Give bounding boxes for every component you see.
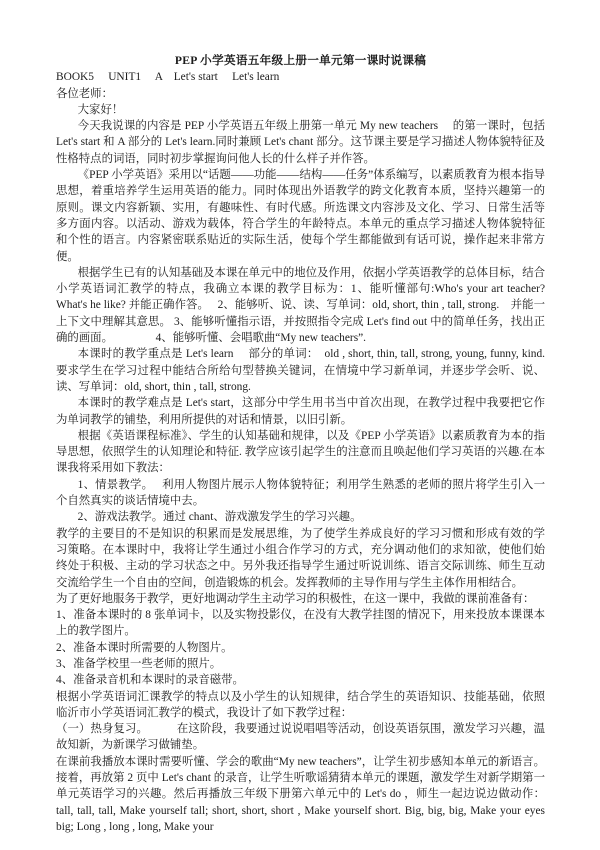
document-paragraphs: 今天我说课的内容是 PEP 小学英语五年级上册第一单元 My new teach…: [56, 118, 545, 835]
paragraph: 根据《英语课程标准》、学生的认知基础和规律，以及《PEP 小学英语》以素质教育为…: [56, 428, 545, 477]
paragraph: （一）热身复习。 在这阶段，我要通过说说唱唱等活动，创设英语氛围，激发学习兴趣，…: [56, 721, 545, 754]
paragraph: 根据学生已有的认知基础及本课在单元中的地位及作用，依据小学英语教学的总体目标，结…: [56, 265, 545, 346]
paragraph: 2、游戏法教学。通过 chant、游戏激发学生的学习兴趣。: [56, 509, 545, 525]
paragraph: 在课前我播放本课时需要听懂、学会的歌曲“My new teachers”，让学生…: [56, 754, 545, 835]
greeting: 大家好！: [56, 102, 545, 118]
paragraph: 2、准备本课时所需要的人物图片。: [56, 640, 545, 656]
document-title: PEP 小学英语五年级上册一单元第一课时说课稿: [56, 53, 545, 69]
paragraph: 为了更好地服务于教学，更好地调动学生主动学习的积极性，在这一课中，我做的课前准备…: [56, 591, 545, 607]
paragraph: 1、情景教学。 利用人物图片展示人物体貌特征；利用学生熟悉的老师的照片将学生引入…: [56, 477, 545, 510]
document-subtitle: BOOK5 UNIT1 A Let's start Let's learn: [56, 69, 545, 85]
paragraph: 今天我说课的内容是 PEP 小学英语五年级上册第一单元 My new teach…: [56, 118, 545, 167]
paragraph: 根据小学英语词汇课教学的特点以及小学生的认知规律，结合学生的英语知识、技能基础，…: [56, 689, 545, 722]
salutation: 各位老师：: [56, 86, 545, 102]
paragraph: 3、准备学校里一些老师的照片。: [56, 656, 545, 672]
paragraph: 1、准备本课时的 8 张单词卡，以及实物投影仪，在没有大教学挂图的情况下，用来投…: [56, 607, 545, 640]
paragraph: 《PEP 小学英语》采用以“话题——功能——结构——任务”体系编写，以素质教育为…: [56, 167, 545, 265]
paragraph: 4、准备录音机和本课时的录音磁带。: [56, 672, 545, 688]
paragraph: 教学的主要目的不是知识的积累而是发展思维，为了使学生养成良好的学习习惯和形成有效…: [56, 526, 545, 591]
document-page: PEP 小学英语五年级上册一单元第一课时说课稿 BOOK5 UNIT1 A Le…: [0, 0, 600, 850]
paragraph: 本课时的教学难点是 Let's start，这部分中学生用书当中首次出现，在教学…: [56, 395, 545, 428]
paragraph: 本课时的教学重点是 Let's learn 部分的单词： old , short…: [56, 346, 545, 395]
